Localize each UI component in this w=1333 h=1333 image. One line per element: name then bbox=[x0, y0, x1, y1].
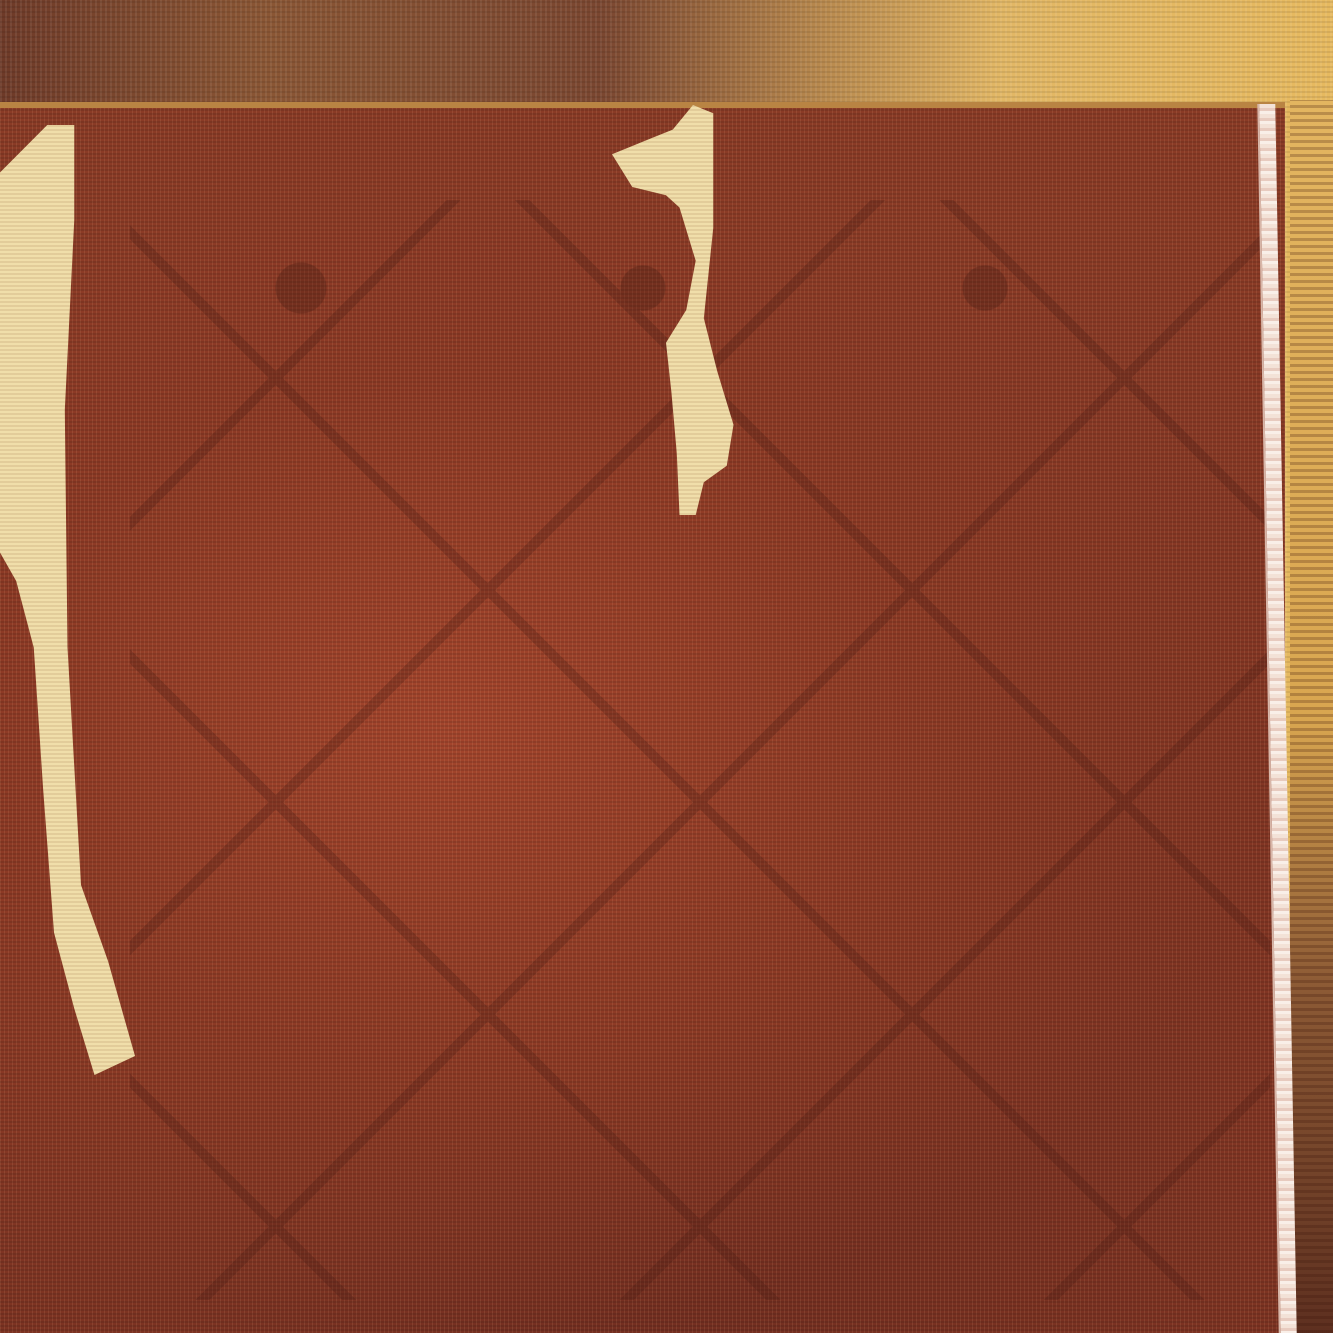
background-rug-right-strip bbox=[1290, 100, 1333, 1333]
